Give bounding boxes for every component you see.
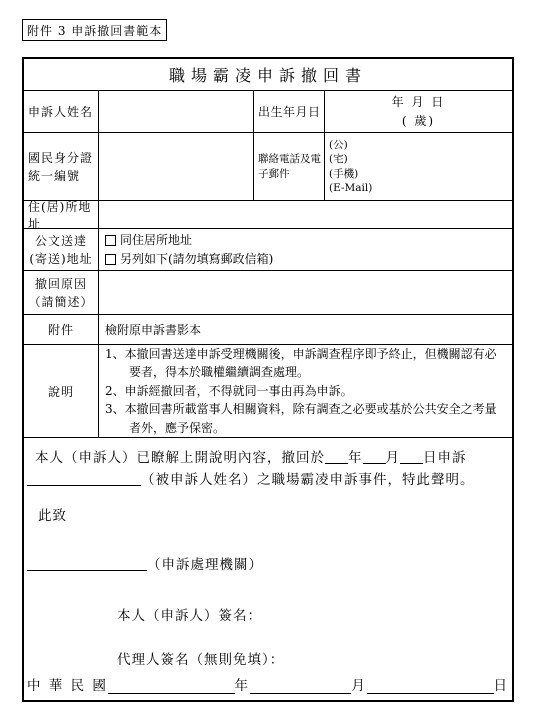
- complainant-name-input[interactable]: [99, 91, 254, 132]
- delivery-address-options: 同住居所地址 另列如下(請勿填寫郵政信箱): [99, 229, 512, 270]
- checkbox-icon[interactable]: [105, 254, 116, 265]
- withdraw-year-blank[interactable]: [325, 450, 348, 464]
- contact-label-line2: 子郵件: [258, 167, 322, 182]
- salute-text: 此致: [27, 504, 509, 524]
- row-delivery-address: 公文送達 (寄送)地址 同住居所地址 另列如下(請勿填寫郵政信箱): [24, 228, 512, 270]
- roc-month-label: 月: [351, 674, 367, 694]
- birth-date-label: 出生年月日: [254, 91, 325, 132]
- contact-input[interactable]: (公) (宅) (手機) (E-Mail): [325, 133, 512, 200]
- national-id-label-line2: 統一編號: [28, 167, 95, 185]
- agency-line: （申訴處理機關）: [27, 553, 509, 573]
- declaration-section: 本人（申訴人）已瞭解上開說明內容，撤回於年月日申訴 （被申訴人姓名）之職場霸凌申…: [24, 437, 512, 700]
- attachment-row-label: 附件: [24, 315, 99, 344]
- withdrawal-reason-label: 撤回原因 （請簡述）: [24, 271, 99, 314]
- row-complainant-name: 申訴人姓名 出生年月日 年 月 日 ( 歲): [24, 90, 512, 132]
- withdraw-day-suffix: 日申訴: [423, 450, 467, 466]
- withdraw-day-blank[interactable]: [400, 450, 423, 464]
- contact-option-office: (公): [329, 138, 508, 153]
- form-title: 職場霸凌申訴撤回書: [24, 59, 512, 90]
- checkbox-icon[interactable]: [105, 235, 116, 246]
- row-national-id: 國民身分證 統一編號 聯絡電話及電 子郵件 (公) (宅) (手機) (E-Ma…: [24, 132, 512, 200]
- declaration-line2: （被申訴人姓名）之職場霸凌申訴事件，特此聲明。: [27, 469, 509, 491]
- withdraw-month-blank[interactable]: [363, 450, 386, 464]
- delivery-option-other-label: 另列如下(請勿填寫郵政信箱): [120, 250, 273, 269]
- row-attachment: 附件 檢附原申訴書影本: [24, 314, 512, 344]
- notes-label: 說明: [24, 345, 99, 437]
- roc-year-blank[interactable]: [108, 680, 235, 694]
- notes-content: 1、本撤回書送達申訴受理機關後，申訴調查程序即予終止，但機關認有必要者，得本於職…: [99, 345, 512, 437]
- roc-day-blank[interactable]: [367, 680, 494, 694]
- delivery-address-label-line1: 公文送達: [35, 232, 87, 250]
- contact-label-line1: 聯絡電話及電: [258, 152, 322, 167]
- delivery-address-label: 公文送達 (寄送)地址: [24, 229, 99, 270]
- respondent-name-blank[interactable]: [27, 472, 141, 486]
- declaration-line1: 本人（申訴人）已瞭解上開說明內容，撤回於年月日申訴: [27, 447, 509, 469]
- declaration-line1-prefix: 本人（申訴人）已瞭解上開說明內容，撤回於: [35, 450, 325, 466]
- note-item-3: 3、本撤回書所載當事人相關資料，除有調查之必要或基於公共安全之考量者外，應予保密…: [105, 400, 506, 437]
- note-item-2: 2、申訴經撤回者，不得就同一事由再為申訴。: [105, 382, 506, 400]
- row-notes: 說明 1、本撤回書送達申訴受理機關後，申訴調查程序即予終止，但機關認有必要者，得…: [24, 344, 512, 437]
- address-input[interactable]: [99, 201, 512, 228]
- delivery-address-label-line2: (寄送)地址: [29, 250, 92, 268]
- agent-signature-line[interactable]: 代理人簽名（無則免填）：: [27, 648, 509, 668]
- address-label: 住(居)所地址: [24, 201, 99, 228]
- row-withdrawal-reason: 撤回原因 （請簡述）: [24, 270, 512, 314]
- complainant-name-label: 申訴人姓名: [24, 91, 99, 132]
- national-id-label: 國民身分證 統一編號: [24, 133, 99, 200]
- contact-option-email: (E-Mail): [329, 181, 508, 196]
- birth-date-hint-age: ( 歲): [402, 112, 435, 131]
- birth-date-input[interactable]: 年 月 日 ( 歲): [325, 91, 512, 132]
- attachment-row-value: 檢附原申訴書影本: [99, 315, 512, 344]
- row-address: 住(居)所地址: [24, 200, 512, 228]
- national-id-input[interactable]: [99, 133, 254, 200]
- withdraw-month-label: 月: [386, 450, 401, 466]
- withdraw-year-label: 年: [348, 450, 363, 466]
- delivery-option-same-label: 同住居所地址: [120, 231, 192, 250]
- note-item-1: 1、本撤回書送達申訴受理機關後，申訴調查程序即予終止，但機關認有必要者，得本於職…: [105, 345, 506, 382]
- contact-option-mobile: (手機): [329, 167, 508, 182]
- agency-name-blank[interactable]: [27, 557, 147, 571]
- withdrawal-reason-label-line1: 撤回原因: [35, 275, 87, 293]
- roc-day-label: 日: [494, 674, 510, 694]
- delivery-option-other[interactable]: 另列如下(請勿填寫郵政信箱): [105, 250, 506, 269]
- birth-date-hint-ymd: 年 月 日: [392, 93, 446, 112]
- complainant-signature-line[interactable]: 本人（申訴人）簽名：: [27, 604, 509, 624]
- delivery-option-same[interactable]: 同住居所地址: [105, 231, 506, 250]
- withdrawal-form-table: 職場霸凌申訴撤回書 申訴人姓名 出生年月日 年 月 日 ( 歲) 國民身分證 統…: [22, 57, 514, 702]
- agency-suffix: （申訴處理機關）: [147, 557, 263, 573]
- roc-date-prefix: 中 華 民 國: [27, 674, 108, 694]
- national-id-label-line1: 國民身分證: [28, 149, 95, 167]
- declaration-line2-suffix: （被申訴人姓名）之職場霸凌申訴事件，特此聲明。: [141, 472, 475, 488]
- contact-option-home: (宅): [329, 152, 508, 167]
- contact-label: 聯絡電話及電 子郵件: [254, 133, 325, 200]
- roc-year-label: 年: [235, 674, 251, 694]
- withdrawal-reason-label-line2: （請簡述）: [28, 293, 93, 311]
- withdrawal-reason-input[interactable]: [99, 271, 512, 314]
- attachment-label: 附件 3 申訴撤回書範本: [22, 19, 167, 41]
- roc-date-line: 中 華 民 國 年 月 日: [27, 674, 509, 694]
- roc-month-blank[interactable]: [250, 680, 351, 694]
